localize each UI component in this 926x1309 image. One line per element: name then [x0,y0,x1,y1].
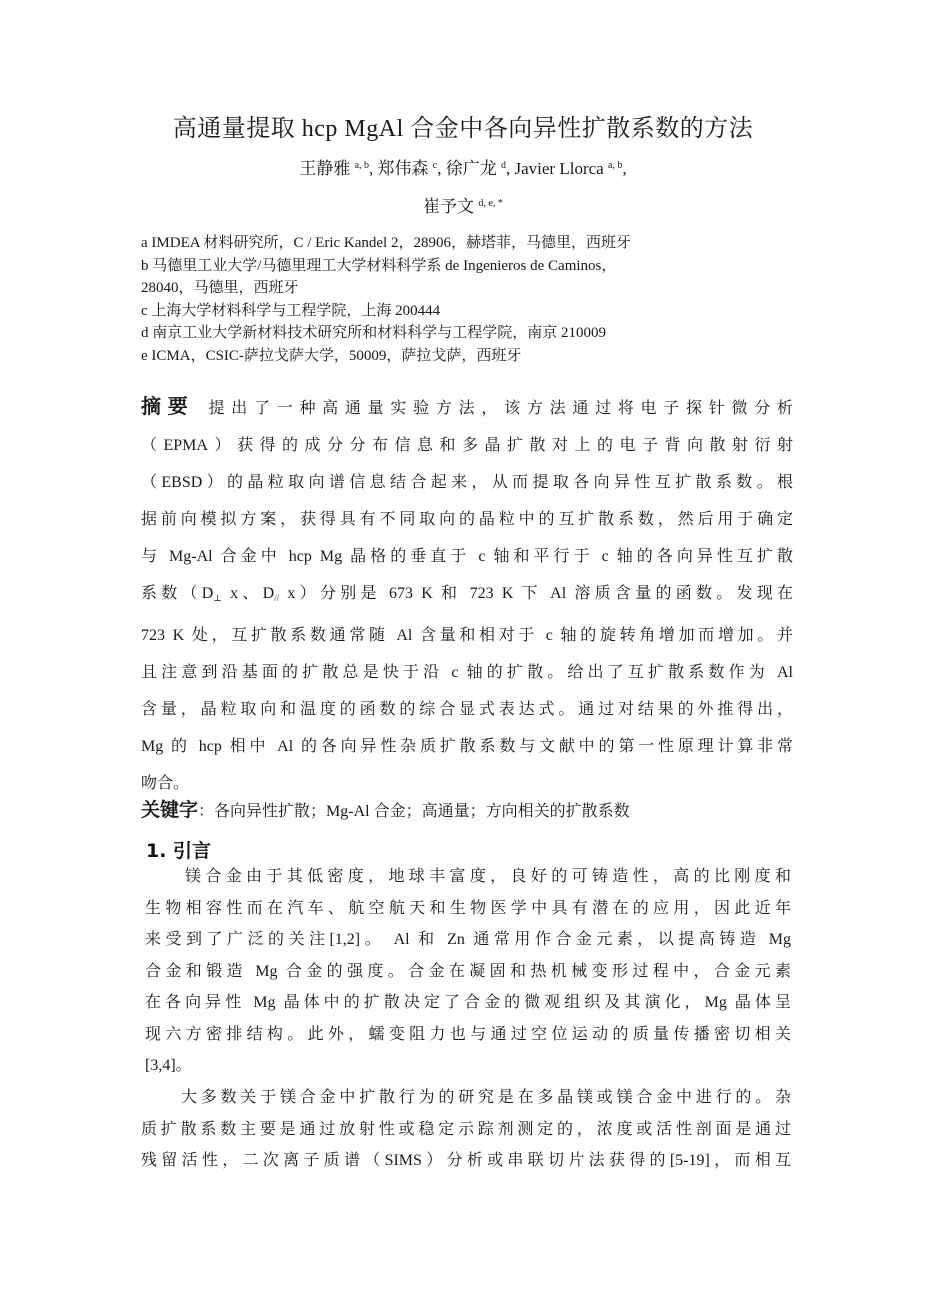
keywords-text: 各向异性扩散；Mg-Al 合金；高通量；方向相关的扩散系数 [214,803,630,820]
introduction-paragraph-1: 镁合金由于其低密度，地球丰富度，良好的可铸造性，高的比刚度和 生物相容性而在汽车… [145,861,791,1082]
author-separator: , [437,159,446,178]
body-line: 质扩散系数主要是通过放射性或稳定示踪剂测定的，浓度或活性剖面是通过 [141,1114,791,1146]
author-separator: , [622,159,626,178]
body-line: 大多数关于镁合金中扩散行为的研究是在多晶镁或镁合金中进行的。杂 [141,1082,791,1114]
keywords: 关键字：各向异性扩散；Mg-Al 合金；高通量；方向相关的扩散系数 [141,796,630,826]
body-line: 生物相容性而在汽车、航空航天和生物医学中具有潜在的应用，因此近年 [145,893,791,925]
abstract-line: 且注意到沿基面的扩散总是快于沿 c 轴的扩散。给出了互扩散系数作为 Al [141,654,793,691]
affiliation-b: b 马德里工业大学/马德里理工大学材料科学系 de Ingenieros de … [141,255,791,278]
abstract-line: （EPMA）获得的成分分布信息和多晶扩散对上的电子背向散射衍射 [141,427,793,464]
author-separator: , [506,159,515,178]
authors-line-1: 王静雅 a, b, 郑伟森 c, 徐广龙 d, Javier Llorca a,… [0,158,926,180]
abstract-line: 723 K 处，互扩散系数通常随 Al 含量和相对于 c 轴的旋转角增加而增加。… [141,617,793,654]
abstract-line: 含量，晶粒取向和温度的函数的综合显式表达式。通过对结果的外推得出， [141,691,793,728]
body-line: 镁合金由于其低密度，地球丰富度，良好的可铸造性，高的比刚度和 [145,861,791,893]
author-name: Javier Llorca [515,159,604,178]
abstract-line: 与 Mg-Al 合金中 hcp Mg 晶格的垂直于 c 轴和平行于 c 轴的各向… [141,538,793,575]
paper-title: 高通量提取 hcp MgAl 合金中各向异性扩散系数的方法 [0,113,926,145]
body-line: 来受到了广泛的关注[1,2]。 Al 和 Zn 通常用作合金元素，以提高铸造 M… [145,924,791,956]
perpendicular-subscript: ⊥ [213,593,221,603]
abstract-line: 系数（D⊥ x、D// x）分别是 673 K 和 723 K 下 Al 溶质含… [141,575,793,617]
author-affiliation-marker: a, b [355,160,369,171]
author-name: 王静雅 [299,159,350,178]
abstract-text: x、D [222,585,274,602]
body-line: 在各向异性 Mg 晶体中的扩散决定了合金的微观组织及其演化，Mg 晶体呈 [145,987,791,1019]
author-affiliation-marker: a, b [608,160,622,171]
affiliations: a IMDEA 材料研究所，C / Eric Kandel 2，28906，赫塔… [141,232,791,367]
author-affiliation-marker: d, e, * [478,198,502,209]
keywords-colon: ： [198,803,214,820]
abstract: 摘要提出了一种高通量实验方法，该方法通过将电子探针微分析 （EPMA）获得的成分… [141,388,793,802]
author-separator: , [369,159,378,178]
affiliation-e: e ICMA，CSIC-萨拉戈萨大学，50009，萨拉戈萨，西班牙 [141,345,791,368]
abstract-line: 据前向模拟方案，获得具有不同取向的晶粒中的互扩散系数，然后用于确定 [141,501,793,538]
author-name: 徐广龙 [446,159,497,178]
body-line: 合金和锻造 Mg 合金的强度。合金在凝固和热机械变形过程中，合金元素 [145,956,791,988]
affiliation-b-cont: 28040，马德里，西班牙 [141,277,791,300]
abstract-line: 摘要提出了一种高通量实验方法，该方法通过将电子探针微分析 [141,388,793,427]
keywords-label: 关键字 [141,799,198,821]
body-line: 现六方密排结构。此外，蠕变阻力也与通过空位运动的质量传播密切相关 [145,1019,791,1051]
abstract-text: 系数（D [141,585,213,602]
introduction-paragraph-2: 大多数关于镁合金中扩散行为的研究是在多晶镁或镁合金中进行的。杂 质扩散系数主要是… [141,1082,791,1177]
abstract-line: Mg 的 hcp 相中 Al 的各向异性杂质扩散系数与文献中的第一性原理计算非常 [141,728,793,765]
author-name: 郑伟森 [378,159,429,178]
abstract-line: （EBSD）的晶粒取向谱信息结合起来，从而提取各向异性互扩散系数。根 [141,464,793,501]
authors-line-2: 崔予文 d, e, * [0,196,926,218]
paper-page: 高通量提取 hcp MgAl 合金中各向异性扩散系数的方法 王静雅 a, b, … [0,0,926,1309]
affiliation-d: d 南京工业大学新材料技术研究所和材料科学与工程学院，南京 210009 [141,322,791,345]
author-name: 崔予文 [423,197,474,216]
abstract-text: 提出了一种高通量实验方法，该方法通过将电子探针微分析 [208,400,793,417]
affiliation-a: a IMDEA 材料研究所，C / Eric Kandel 2，28906，赫塔… [141,232,791,255]
body-line: 残留活性，二次离子质谱（SIMS）分析或串联切片法获得的[5-19]，而相互 [141,1145,791,1177]
abstract-label: 摘要 [141,394,194,418]
affiliation-c: c 上海大学材料科学与工程学院，上海 200444 [141,300,791,323]
body-line: [3,4]。 [145,1050,791,1082]
abstract-text: x）分别是 673 K 和 723 K 下 Al 溶质含量的函数。发现在 [279,585,793,602]
